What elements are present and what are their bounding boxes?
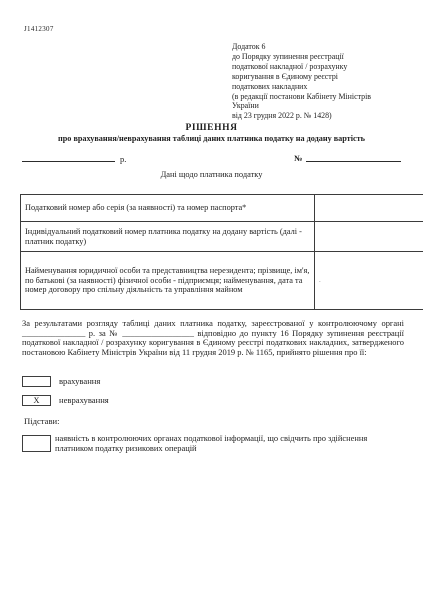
number-sign-label: №	[294, 154, 302, 163]
date-number-line: р. №	[0, 152, 423, 166]
table-row: Індивідуальний податковий номер платника…	[21, 222, 423, 252]
number-blank-field[interactable]	[306, 152, 401, 162]
vrakhuvannia-checkbox[interactable]	[22, 376, 51, 387]
appendix-reference-block: Додаток 6 до Порядку зупинення реєстраці…	[232, 42, 418, 121]
registration-number-blank[interactable]: _________________	[122, 328, 194, 338]
nevrakhuvannia-checkbox[interactable]: X	[22, 395, 51, 406]
document-title: РІШЕННЯ	[0, 123, 423, 133]
appendix-line: до Порядку зупинення реєстрації	[232, 52, 418, 62]
paragraph-text: За результатами розгляду таблиці даних п…	[22, 318, 404, 328]
nevrakhuvannia-label: неврахування	[59, 395, 109, 405]
appendix-line: Додаток 6	[232, 42, 418, 52]
appendix-line: коригування в Єдиному реєстрі	[232, 72, 418, 82]
row-label-vat-number: Індивідуальний податковий номер платника…	[21, 222, 315, 252]
ground-checkbox[interactable]	[22, 435, 51, 452]
option-vrakhuvannia: врахування	[22, 375, 100, 387]
table-row: Найменування юридичної особи та представ…	[21, 252, 423, 310]
form-code: J1412307	[24, 25, 54, 33]
ground-item: наявність в контролюючих органах податко…	[22, 433, 406, 453]
document-subtitle: про врахування/неврахування таблиці дани…	[0, 134, 423, 143]
date-blank-field[interactable]	[22, 152, 115, 162]
decision-paragraph: За результатами розгляду таблиці даних п…	[22, 319, 404, 357]
appendix-line: податкової накладної / розрахунку	[232, 62, 418, 72]
appendix-line: (в редакції постанови Кабінету Міністрів	[232, 92, 418, 102]
appendix-line: від 23 грудня 2022 р. № 1428)	[232, 111, 418, 121]
row-value-tax-number[interactable]	[315, 195, 423, 222]
appendix-line: України	[232, 101, 418, 111]
option-nevrakhuvannia: Xневрахування	[22, 394, 109, 406]
payer-data-table: Податковий номер або серія (за наявності…	[20, 194, 423, 310]
payer-data-heading: Дані щодо платника податку	[0, 170, 423, 179]
row-value-entity-name[interactable]: .	[315, 252, 423, 310]
registration-date-blank[interactable]: _______________	[22, 328, 85, 338]
document-page: J1412307 Додаток 6 до Порядку зупинення …	[0, 0, 423, 600]
row-label-tax-number: Податковий номер або серія (за наявності…	[21, 195, 315, 222]
grounds-heading: Підстави:	[24, 416, 60, 426]
row-label-entity-name: Найменування юридичної особи та представ…	[21, 252, 315, 310]
date-suffix-label: р.	[120, 154, 126, 164]
vrakhuvannia-label: врахування	[59, 376, 100, 386]
row-value-vat-number[interactable]	[315, 222, 423, 252]
table-row: Податковий номер або серія (за наявності…	[21, 195, 423, 222]
paragraph-text: р. за №	[85, 328, 122, 338]
ground-label: наявність в контролюючих органах податко…	[55, 433, 406, 453]
appendix-line: податкових накладних	[232, 82, 418, 92]
